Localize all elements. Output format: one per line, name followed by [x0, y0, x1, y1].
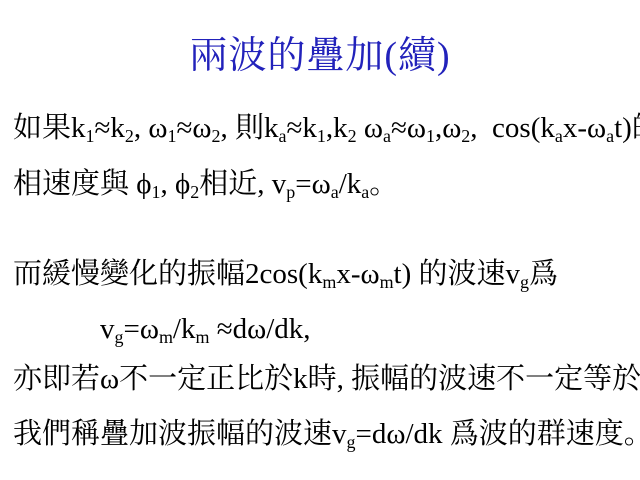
subscript: 1: [426, 126, 435, 146]
text-segment: ≈k: [286, 112, 316, 144]
text-segment: ,k: [326, 112, 348, 144]
subscript: m: [195, 327, 209, 347]
text-segment: 我們稱疊加波振幅的波速v: [13, 418, 347, 450]
subscript: a: [361, 182, 369, 202]
subscript: 1: [317, 126, 326, 146]
text-segment: v: [100, 313, 115, 345]
text-segment: ≈ω: [176, 112, 211, 144]
subscript: a: [279, 126, 287, 146]
text-segment: ω: [357, 112, 383, 144]
text-segment: ,ω: [435, 112, 461, 144]
slide: 兩波的疊加(續) 如果k1≈k2, ω1≈ω2, 則ka≈k1,k2 ωa≈ω1…: [0, 0, 640, 480]
text-segment: 。: [369, 168, 398, 200]
text-segment: =dω/dk 爲波的群速度。: [356, 418, 640, 450]
subscript: g: [520, 272, 529, 292]
text-segment: =ω: [295, 168, 330, 200]
text-segment: /k: [339, 168, 362, 200]
body-line-6: 我們稱疊加波振幅的波速vg=dω/dk 爲波的群速度。: [13, 416, 640, 452]
text-segment: ≈k: [95, 112, 125, 144]
slide-title: 兩波的疊加(續): [0, 34, 640, 80]
subscript: 2: [212, 126, 221, 146]
subscript: 2: [125, 126, 134, 146]
subscript: 2: [348, 126, 357, 146]
body-line-2: 相速度與 ϕ1, ϕ2相近, vp=ωa/ka。: [13, 166, 398, 202]
text-segment: t)的: [614, 112, 640, 144]
body-line-5: 亦即若ω不一定正比於k時, 振幅的波速不一定等於ω/k。: [13, 361, 640, 397]
text-segment: ≈dω/dk,: [209, 313, 310, 345]
subscript: a: [555, 126, 563, 146]
text-segment: 相近, v: [199, 168, 286, 200]
text-segment: =ω: [123, 313, 158, 345]
subscript: 1: [152, 182, 161, 202]
text-segment: 而緩慢變化的振幅2cos(k: [13, 258, 322, 290]
subscript: m: [159, 327, 173, 347]
text-segment: , 則k: [220, 112, 278, 144]
text-segment: /k: [173, 313, 196, 345]
subscript: a: [606, 126, 614, 146]
text-segment: , cos(k: [470, 112, 555, 144]
subscript: 2: [190, 182, 199, 202]
body-line-3: 而緩慢變化的振幅2cos(kmx-ωmt) 的波速vg爲: [13, 256, 558, 292]
text-segment: 爲: [529, 258, 558, 290]
text-segment: x-ω: [336, 258, 379, 290]
subscript: m: [380, 272, 394, 292]
text-segment: x-ω: [563, 112, 606, 144]
subscript: a: [383, 126, 391, 146]
subscript: p: [286, 182, 295, 202]
subscript: 2: [461, 126, 470, 146]
subscript: m: [322, 272, 336, 292]
subscript: 1: [86, 126, 95, 146]
text-segment: , ω: [134, 112, 168, 144]
text-segment: t) 的波速v: [394, 258, 520, 290]
body-line-4-group-velocity-formula: vg=ωm/km ≈dω/dk,: [100, 311, 311, 347]
subscript: g: [347, 432, 356, 452]
text-segment: , ϕ: [161, 168, 191, 200]
subscript: g: [115, 327, 124, 347]
text-segment: 亦即若ω不一定正比於k時, 振幅的波速不一定等於ω/k。: [13, 363, 640, 395]
text-segment: 相速度與 ϕ: [13, 168, 152, 200]
body-line-1: 如果k1≈k2, ω1≈ω2, 則ka≈k1,k2 ωa≈ω1,ω2, cos(…: [13, 110, 640, 146]
subscript: 1: [168, 126, 177, 146]
text-segment: 如果k: [13, 112, 86, 144]
subscript: a: [331, 182, 339, 202]
text-segment: ≈ω: [391, 112, 426, 144]
